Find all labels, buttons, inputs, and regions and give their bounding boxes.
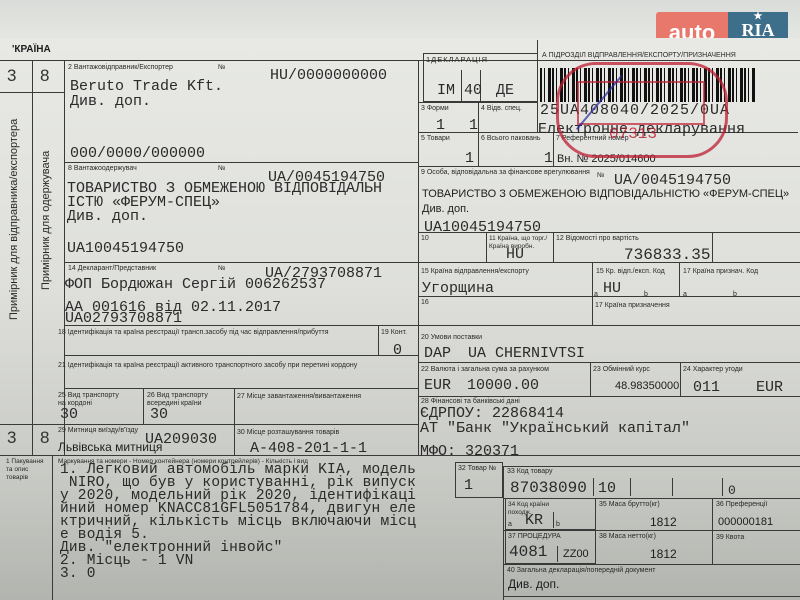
declaration-type: IM xyxy=(437,83,455,98)
gross-mass-value: 1812 xyxy=(650,515,677,529)
transaction-nature-label: 24 Характер угоди xyxy=(683,366,743,374)
destination-code-label: 17 Країна признач. Код xyxy=(683,268,758,276)
exporter-label: 2 Вантажовідправник/Експортер xyxy=(68,64,173,72)
invoice-amount: 10000.00 xyxy=(467,378,539,393)
invoice-currency: EUR xyxy=(424,378,451,393)
valuation-label: 12 Відомості про вартість xyxy=(556,235,639,243)
consignee-no-label: № xyxy=(218,165,226,173)
forms-label: 3 Форми xyxy=(421,105,449,113)
commodity-extra: 0 xyxy=(728,483,736,498)
net-mass-label: 38 Маса нетто(кг) xyxy=(599,533,656,541)
copy-number-a: 3 xyxy=(7,66,16,86)
exporter-note: Див. доп. xyxy=(70,94,151,109)
transport-departure-label: 18 Ідентифікація та країна реєстрації тр… xyxy=(58,329,329,337)
financial-number: UA/0045194750 xyxy=(614,173,731,188)
copy-number-b-bottom: 8 xyxy=(40,428,49,448)
declarant-code: UA02793708871 xyxy=(65,311,182,326)
previous-document-value: Див. доп. xyxy=(508,577,559,591)
financial-name: ТОВАРИСТВО З ОБМЕЖЕНОЮ ВІДПОВІДАЛЬНІСТЮ … xyxy=(422,188,789,200)
dispatch-country-value: Угорщина xyxy=(422,281,494,296)
commodity-subcode: 10 xyxy=(598,481,616,496)
copy-receiver-label: Примірник для одержувача xyxy=(40,151,52,290)
declarant-name: ФОП Бордюжан Сергій 006262537 xyxy=(65,277,326,292)
bank-edrpou: ЄДРПОУ: 22868414 xyxy=(420,406,564,421)
preference-label: 36 Преференції xyxy=(716,501,767,509)
destination-code-b-label: b xyxy=(733,291,737,299)
delivery-terms-code: DAP xyxy=(424,346,451,361)
packages-total-value: 1 xyxy=(544,151,553,166)
item-number-label: 32 Товар № xyxy=(458,465,496,473)
dispatch-code-b-label: b xyxy=(644,291,648,299)
exporter-no-label: № xyxy=(218,64,226,72)
forms-b: 1 xyxy=(469,118,478,133)
item-number-value: 1 xyxy=(464,478,473,493)
loading-place-label: 27 Місце завантаження/вивантаження xyxy=(237,393,361,401)
dispatch-code-label: 15 Кр. відп./експ. Код xyxy=(596,268,665,276)
copy-sender-label: Примірник для відправника/експортера xyxy=(8,119,20,320)
previous-document-label: 40 Загальна декларація/попередній докуме… xyxy=(507,567,655,575)
trading-country-value: HU xyxy=(506,247,524,262)
consignee-label: 8 Вантажоодержувач xyxy=(68,165,137,173)
items-value: 1 xyxy=(465,151,474,166)
dispatch-country-label: 15 Країна відправлення/експорту xyxy=(421,268,529,276)
goods-description: 1. Легковий автомобіль марки KIA, модель… xyxy=(60,464,455,581)
goods-location-value: А-408-201-1-1 xyxy=(250,441,367,456)
origin-b-label: b xyxy=(556,521,560,529)
delivery-terms-label: 20 Умови поставки xyxy=(421,334,482,342)
country-header: 'КРАЇНА xyxy=(12,44,51,55)
quota-label: 39 Квота xyxy=(716,534,744,542)
exporter-number: HU/0000000000 xyxy=(270,68,387,83)
customs-office-label: 29 Митниця виїзду/в'їзду xyxy=(58,427,138,435)
bank-mfo: МФО: 320371 xyxy=(420,444,519,459)
financial-note: Див. доп. xyxy=(422,203,469,215)
consignee-code: UA10045194750 xyxy=(67,241,184,256)
transaction-currency: EUR xyxy=(756,380,783,395)
container-value: 0 xyxy=(393,343,402,358)
border-transport-value: 30 xyxy=(60,407,78,422)
declaration-label: 1ДЕКЛАРАЦІЯ xyxy=(426,56,488,64)
exchange-rate-label: 23 Обмінний курс xyxy=(593,366,650,374)
bank-name: АТ "Банк "Український капітал" xyxy=(420,421,690,436)
financial-person-label: 9 Особа, відповідальна за фінансове врег… xyxy=(421,169,590,177)
declarant-label: 14 Декларант/Представник xyxy=(68,265,156,273)
box10-label: 10 xyxy=(421,235,429,243)
transaction-nature-value: 011 xyxy=(693,380,720,395)
exchange-rate-value: 48.98350000 xyxy=(615,380,679,392)
consignee-note: Див. доп. xyxy=(67,209,148,224)
declaration-sub: ДЕ xyxy=(496,83,514,98)
dispatch-code-a: HU xyxy=(603,281,621,296)
declarant-no-label: № xyxy=(218,265,226,273)
exporter-name: Beruto Trade Kft. xyxy=(70,79,223,94)
forms-a: 1 xyxy=(436,118,445,133)
commodity-code-label: 33 Код товару xyxy=(507,468,552,476)
delivery-terms-place: UA CHERNIVTSI xyxy=(468,346,585,361)
dispatch-code-a-label: a xyxy=(594,291,598,299)
copy-number-b: 8 xyxy=(40,66,49,86)
logo-ria-text: RIA xyxy=(741,22,774,38)
goods-location-label: 30 Місце розташування товарів xyxy=(237,429,339,437)
procedure-additional: ZZ00 xyxy=(563,548,589,560)
packages-total-label: 6 Всього паковань xyxy=(481,135,541,143)
office-label: А ПІДРОЗДІЛ ВІДПРАВЛЕННЯ/ЕКСПОРТУ/ПРИЗНА… xyxy=(542,52,736,60)
origin-country-value: KR xyxy=(525,513,543,528)
container-label: 19 Конт. xyxy=(381,329,407,337)
origin-a-label: a xyxy=(508,521,512,529)
gross-mass-label: 35 Маса брутто(кг) xyxy=(599,501,660,509)
net-mass-value: 1812 xyxy=(650,547,677,561)
currency-amount-label: 22 Валюта і загальна сума за рахунком xyxy=(421,366,549,374)
commodity-code: 87038090 xyxy=(510,481,587,496)
box16-label: 16 xyxy=(421,299,429,307)
exporter-code: 000/0000/000000 xyxy=(70,146,205,161)
destination-code-a-label: a xyxy=(683,291,687,299)
items-label: 5 Товари xyxy=(421,135,450,143)
customs-office-name: Львівська митниця xyxy=(58,440,162,454)
preference-value: 000000181 xyxy=(718,516,773,528)
valuation-value: 736833.35 xyxy=(624,248,710,263)
declaration-code: 40 xyxy=(464,83,482,98)
destination-country-label: 17 Країна призначення xyxy=(595,302,670,310)
active-transport-label: 21 Ідентифікація та країна реєстрації ак… xyxy=(58,362,357,370)
inland-transport-value: 30 xyxy=(150,407,168,422)
copy-number-a-bottom: 3 xyxy=(7,428,16,448)
financial-no-label: № xyxy=(597,172,605,180)
loading-lists-label: 4 Відв. спец. xyxy=(481,105,522,113)
procedure-label: 37 ПРОЦЕДУРА xyxy=(508,533,561,541)
procedure-code: 4081 xyxy=(509,545,547,560)
packages-label: 1 Пакування та опис товарів xyxy=(6,458,46,482)
